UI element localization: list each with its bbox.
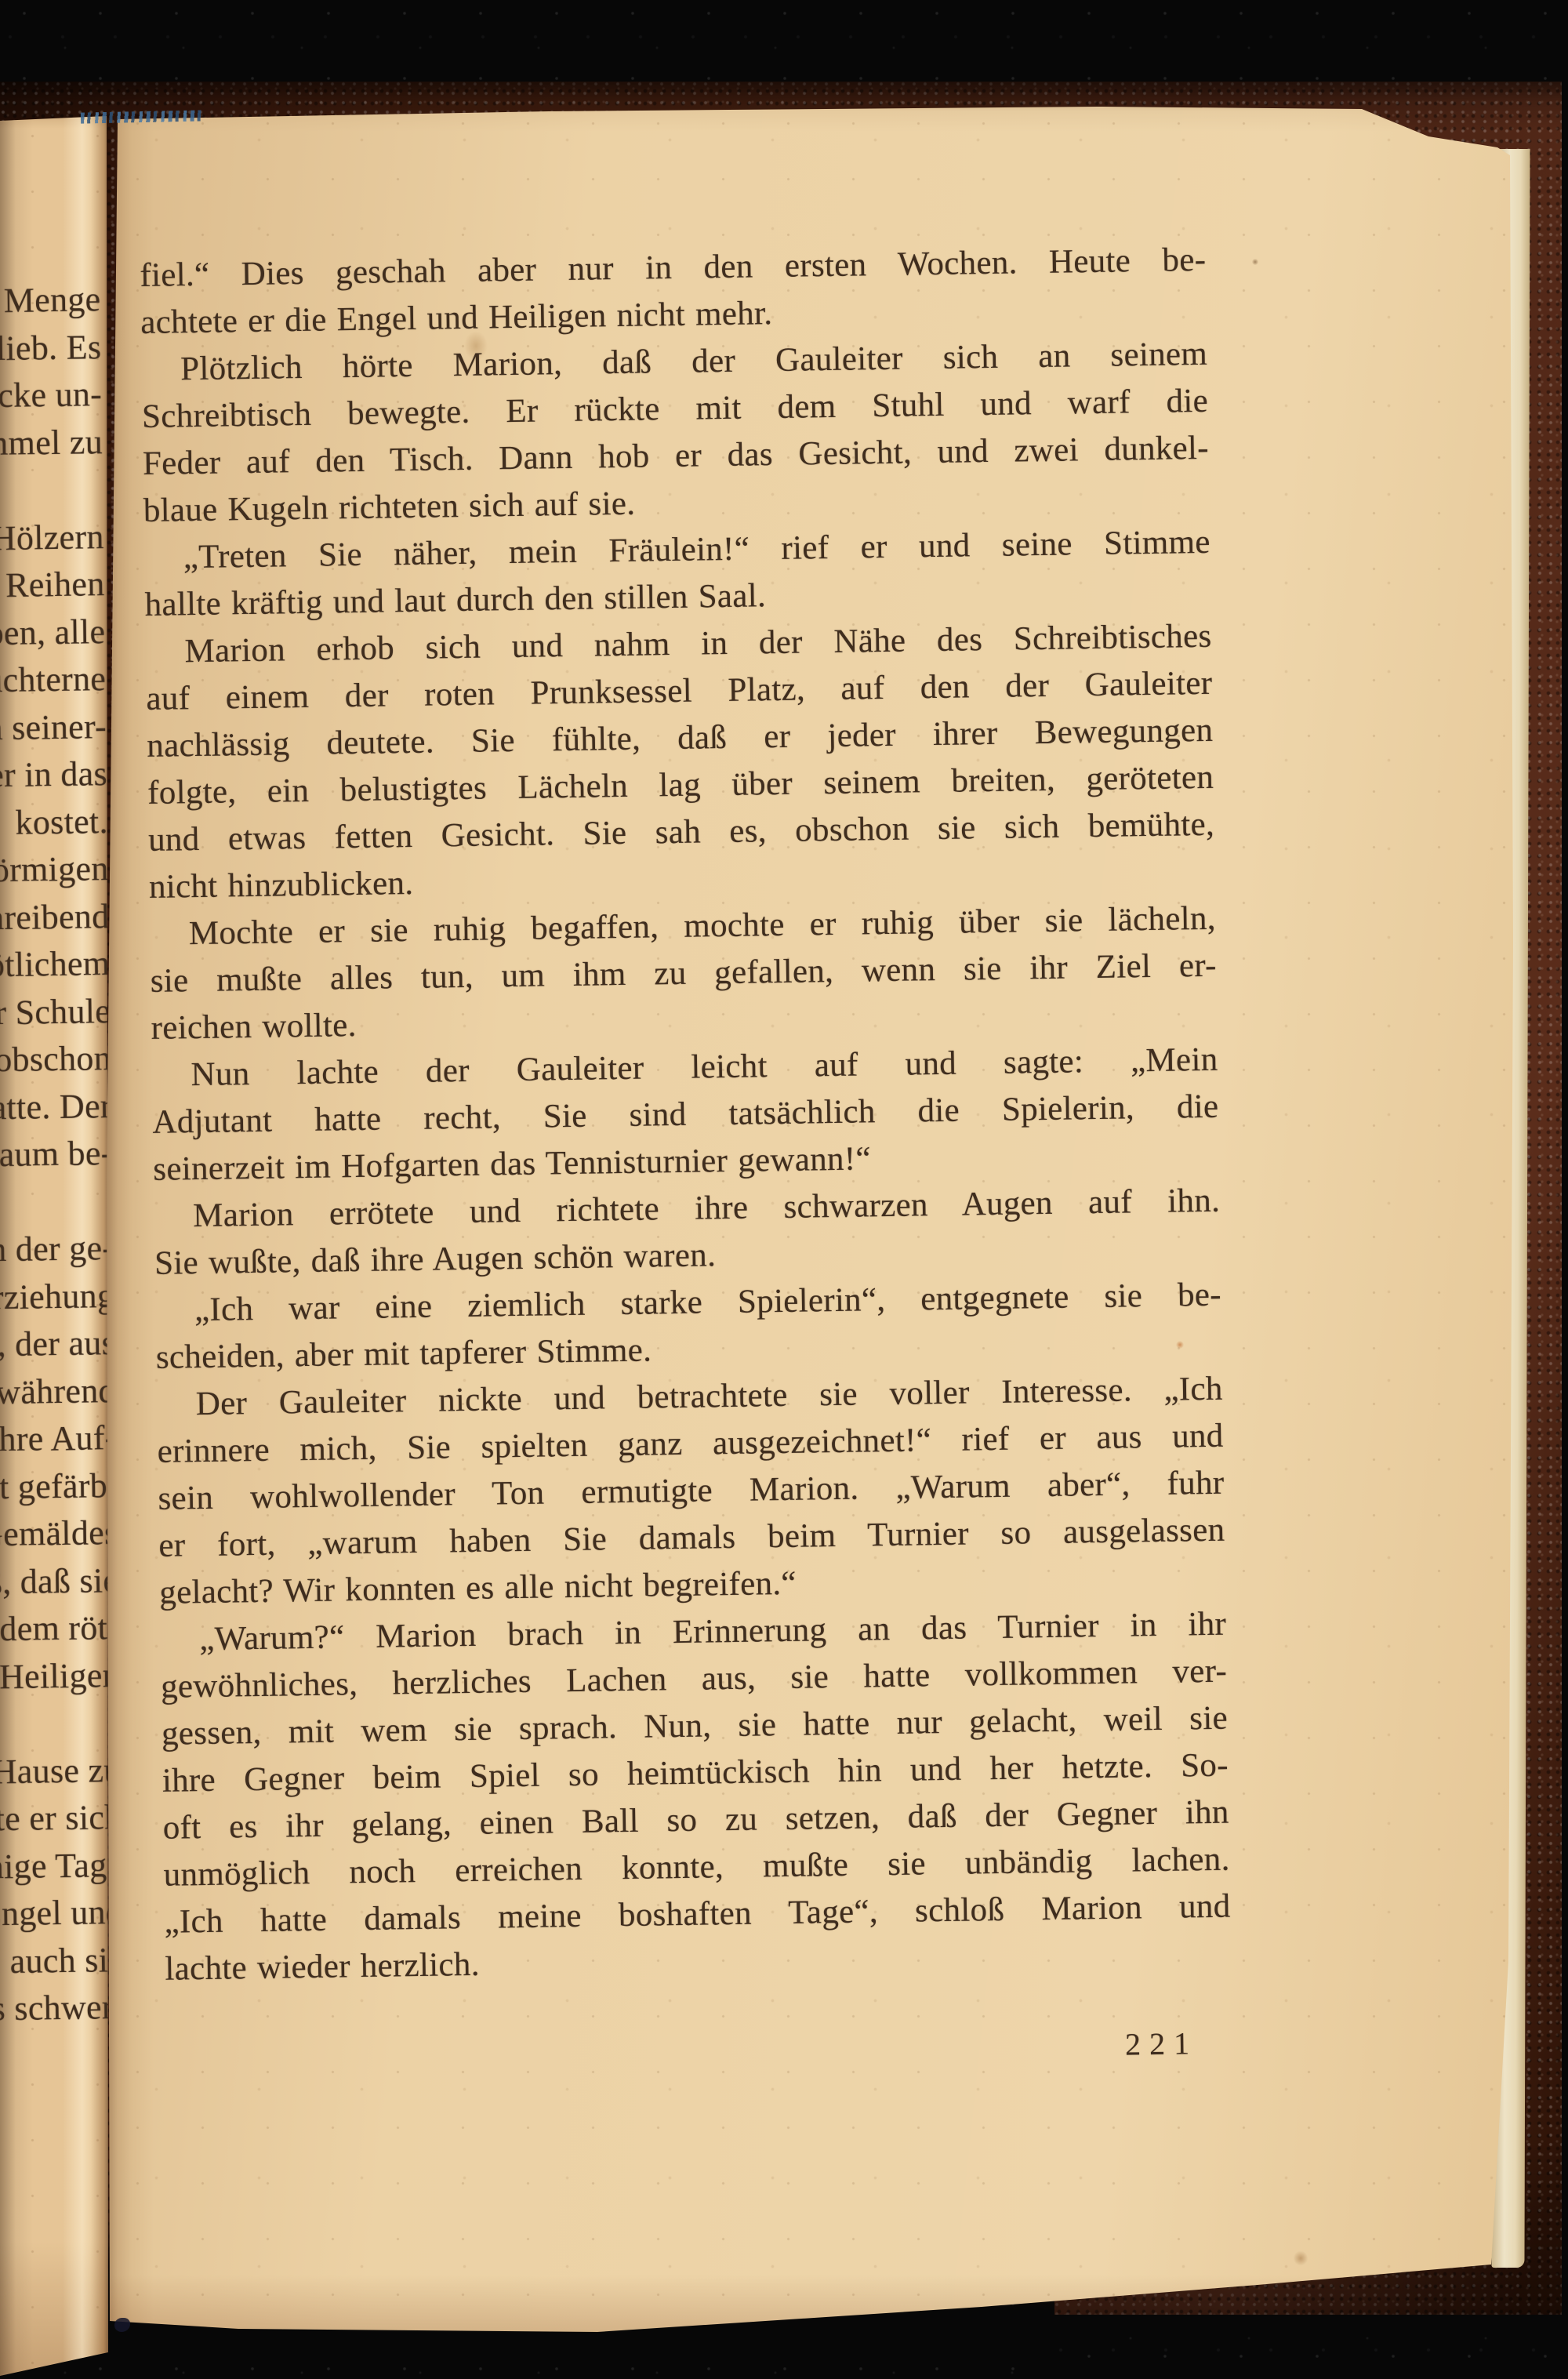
left-page-line-fragment: schreibend [9,892,118,941]
left-page-line-text: Engel und [0,1889,124,1938]
left-page-line-fragment: kaum be- [12,1130,121,1179]
left-page-line-fragment: Erziehung [14,1272,123,1320]
left-page-line-text: ich Reihen [0,561,105,610]
left-page-line-text: e ihre Auf- [0,1415,117,1464]
left-page-line-fragment: kostet. [7,797,116,846]
left-page-line-text: hlte er sich [0,1794,122,1843]
left-page-line-text: kostet. [15,798,108,847]
left-page-line-text: n, während [0,1367,116,1417]
left-page-line-text: fe, auch sie [0,1936,124,1985]
left-page-line-fragment: hatte. Der [11,1082,120,1131]
left-page-line-fragment: Decke un- [2,371,111,420]
left-page-line-text: ckblieb. Es [0,324,102,373]
left-page-line-fragment: ich Reihen [4,561,113,609]
left-page-strip: die Mengeckblieb. EsDecke un-Himmel zun … [0,108,108,2378]
left-page-line-fragment: in der ge- [13,1225,122,1273]
left-page-line-text: eiter in das [0,750,107,800]
book-scan: die Mengeckblieb. EsDecke un-Himmel zun … [0,0,1568,2379]
left-page-line-text: nüchterne [0,656,107,705]
left-page-line-text: t dem röt- [0,1604,119,1654]
left-page-blank-line [13,1177,122,1226]
paper-stain [1252,259,1258,265]
left-page-line-fragment: ckblieb. Es [1,323,110,372]
paper-stain [1294,2250,1308,2266]
left-page-line-fragment: nüchterne [5,656,114,704]
left-page-line-text: in der ge- [0,1225,114,1274]
left-page-line-fragment: rnförmigen [8,845,117,894]
page-text-block: fiel.“ Dies geschah aber nur in den erst… [140,237,1232,1993]
left-page-line-text: rötlichem [0,940,111,990]
left-page-line-text: s Gemäldes [0,1509,118,1559]
left-page-line-text: gaß, daß sie [0,1556,119,1606]
left-page-line-text: Decke un- [0,371,103,420]
left-page-line-fragment: er, obschon [11,1035,120,1084]
left-page-line-text: les, der aus [0,1320,115,1369]
left-page-line-text: die Menge [0,276,101,325]
page-number: 221 [1071,2021,1244,2067]
left-page-line-fragment: die Menge [0,276,109,325]
left-page-blank-line [2,466,111,514]
right-page: fiel.“ Dies geschah aber nur in den erst… [105,96,1516,2342]
left-page-line-text: er, obschon [0,1035,111,1084]
left-page-line-text: inige Tage [0,1841,123,1890]
left-page-line-fragment: man seiner- [6,703,115,751]
left-page-line-text: rnförmigen [0,845,109,895]
left-page-line-text: n Hölzern [0,514,104,563]
left-page-line-text: man seiner- [0,703,107,753]
left-page-line-fragment: eiter in das [6,750,115,799]
left-page-line-text: Erziehung [0,1273,115,1322]
left-page-line-text: Himmel zu [0,419,103,468]
left-page-line-fragment: hrer Schule [10,987,119,1036]
left-page-line-text: hatte. Der [0,1083,112,1132]
left-page-line-text: Hause zu [0,1746,122,1796]
left-page-line-fragment: n Hölzern [3,513,112,561]
left-page-line-fragment: hoben, alle [5,608,114,656]
left-page-line-text: schreibend [0,893,110,943]
left-page-line-text: rot gefärbt [0,1462,118,1511]
left-page-line-text: d Heiligen [0,1651,120,1701]
left-page-line-text: kaum be- [0,1130,113,1179]
left-page-line-fragment: Himmel zu [2,418,111,467]
left-page-line-text: hrer Schule [0,988,111,1037]
left-page-line-text: hoben, alle [0,608,106,658]
left-page-line-fragment: rötlichem [9,940,118,989]
left-page-line-text: was schwer- [0,1984,125,2034]
